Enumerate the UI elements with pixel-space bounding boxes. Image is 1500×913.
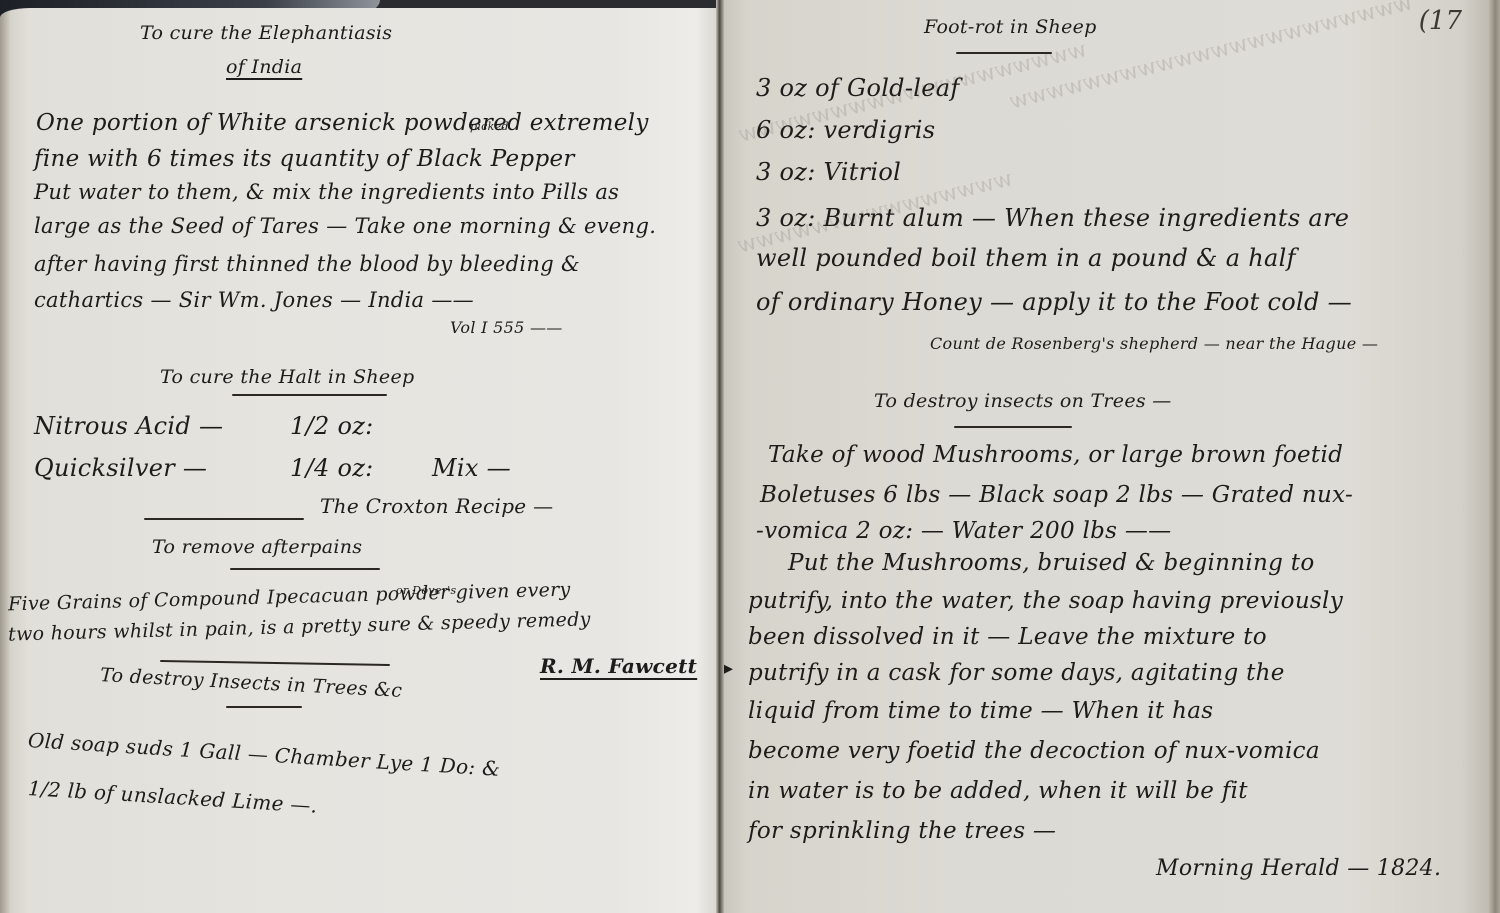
divider: [232, 394, 387, 396]
text-line: One portion of White arsenick powdered e…: [36, 110, 649, 136]
text-line: Boletuses 6 lbs — Black soap 2 lbs — Gra…: [760, 482, 1353, 508]
ingredient-qty: 1/4 oz:: [290, 454, 374, 482]
divider: [956, 52, 1052, 54]
recipe-title-insects-in-trees: To destroy Insects in Trees &c: [100, 664, 403, 702]
right-page: wwwwwwwwwwwwwwwwwww wwwwwwwwwwwwwww wwww…: [724, 0, 1500, 913]
text-line: Put the Mushrooms, bruised & beginning t…: [788, 550, 1314, 576]
divider: [230, 568, 380, 570]
text-line: become very foetid the decoction of nux-…: [748, 738, 1320, 764]
ingredient-line: 3 oz of Gold-leaf: [756, 74, 960, 102]
ingredient-name: Quicksilver —: [34, 454, 207, 482]
source-attribution: Morning Herald — 1824.: [1156, 856, 1441, 881]
text-line: in water is to be added, when it will be…: [748, 778, 1248, 804]
margin-mark: ▸: [724, 656, 733, 681]
text-line: well pounded boil them in a pound & a ha…: [756, 244, 1296, 272]
reference-note: Vol I 555 ——: [450, 318, 563, 337]
text-line: Put water to them, & mix the ingredients…: [34, 180, 619, 204]
text-line: Old soap suds 1 Gall — Chamber Lye 1 Do:…: [27, 728, 501, 781]
text-line: putrify in a cask for some days, agitati…: [748, 660, 1285, 686]
text-line: 1/2 lb of unslacked Lime —.: [27, 776, 318, 818]
text-line: after having first thinned the blood by …: [34, 252, 580, 276]
divider: [144, 518, 304, 520]
ingredient-line: 6 oz: verdigris: [756, 116, 935, 144]
recipe-title-afterpains: To remove afterpains: [152, 536, 362, 558]
divider: [160, 660, 390, 666]
page-number: (17: [1419, 6, 1462, 36]
instruction-mix: Mix —: [432, 454, 511, 482]
divider: [226, 706, 302, 708]
divider: [954, 426, 1072, 428]
text-line: Take of wood Mushrooms, or large brown f…: [768, 442, 1343, 468]
text-line: 3 oz: Burnt alum — When these ingredient…: [756, 204, 1349, 232]
recipe-title-insects-on-trees: To destroy insects on Trees —: [874, 390, 1172, 412]
text-line: cathartics — Sir Wm. Jones — India ——: [34, 288, 474, 312]
recipe-title-halt-in-sheep: To cure the Halt in Sheep: [160, 366, 414, 388]
text-line: two hours whilst in pain, is a pretty su…: [8, 608, 591, 645]
open-manuscript-book: To cure the Elephantiasis of India picke…: [0, 0, 1500, 913]
ingredient-line: 3 oz: Vitriol: [756, 158, 901, 186]
recipe-title-elephantiasis-line2: of India: [226, 56, 302, 78]
left-page: To cure the Elephantiasis of India picke…: [0, 8, 718, 913]
ingredient-name: Nitrous Acid —: [34, 412, 223, 440]
text-line: fine with 6 times its quantity of Black …: [34, 146, 575, 172]
recipe-title-foot-rot: Foot-rot in Sheep: [924, 16, 1097, 38]
source-attribution: The Croxton Recipe —: [320, 494, 553, 518]
text-line: -vomica 2 oz: — Water 200 lbs ——: [756, 518, 1171, 544]
ingredient-qty: 1/2 oz:: [290, 412, 374, 440]
book-gutter: [716, 0, 724, 913]
text-line: been dissolved in it — Leave the mixture…: [748, 624, 1267, 650]
text-line: liquid from time to time — When it has: [748, 698, 1213, 724]
text-line: of ordinary Honey — apply it to the Foot…: [756, 288, 1352, 316]
text-line: putrify, into the water, the soap having…: [748, 588, 1343, 614]
source-attribution: Count de Rosenberg's shepherd — near the…: [930, 334, 1378, 353]
text-line: Five Grains of Compound Ipecacuan powder…: [8, 579, 571, 616]
text-line: large as the Seed of Tares — Take one mo…: [34, 214, 656, 238]
signature: R. M. Fawcett: [540, 654, 697, 678]
text-line: for sprinkling the trees —: [748, 818, 1056, 844]
recipe-title-elephantiasis-line1: To cure the Elephantiasis: [140, 22, 392, 44]
